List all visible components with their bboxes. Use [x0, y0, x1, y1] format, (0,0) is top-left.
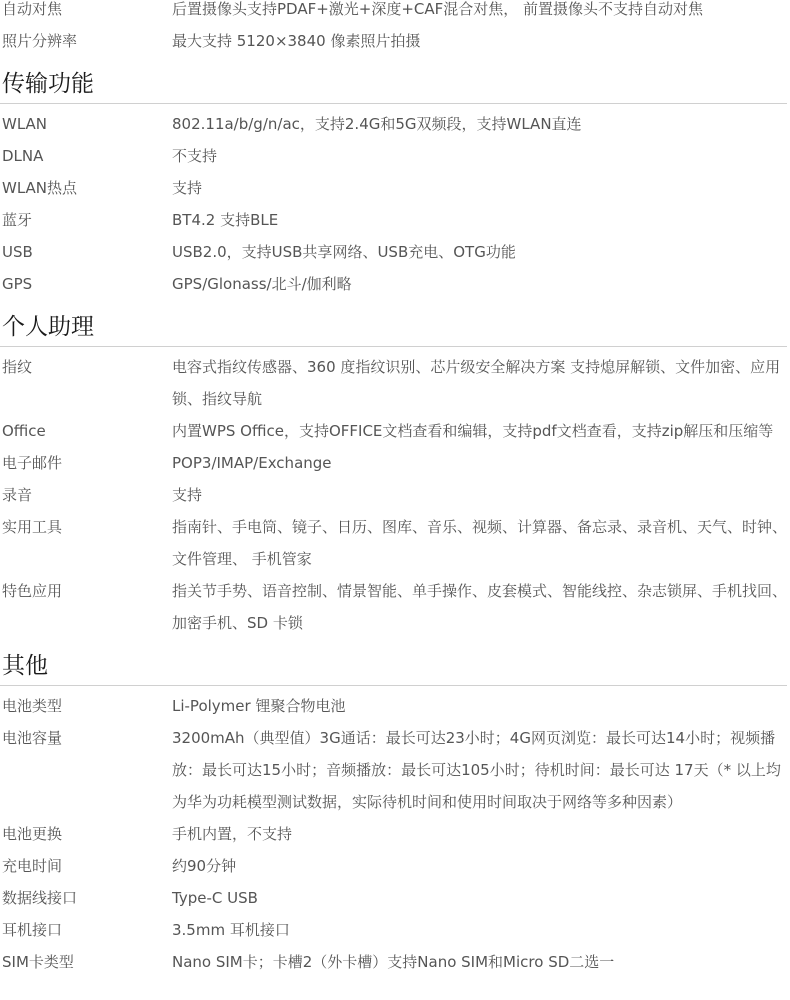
spec-value: 支持 — [172, 172, 790, 204]
spec-value: 指南针、手电筒、镜子、日历、图库、音乐、视频、计算器、备忘录、录音机、天气、时钟… — [172, 511, 790, 575]
spec-row-sim-type: SIM卡类型 Nano SIM卡；卡槽2（外卡槽）支持Nano SIM和Micr… — [0, 946, 790, 978]
spec-value: 支持 — [172, 479, 790, 511]
spec-row-wlan: WLAN 802.11a/b/g/n/ac，支持2.4G和5G双频段，支持WLA… — [0, 108, 790, 140]
spec-label: 电子邮件 — [0, 447, 172, 479]
spec-row-autofocus: 自动对焦 后置摄像头支持PDAF+激光+深度+CAF混合对焦， 前置摄像头不支持… — [0, 0, 790, 25]
spec-value: Type-C USB — [172, 882, 790, 914]
spec-label: 实用工具 — [0, 511, 172, 575]
spec-row-tools: 实用工具 指南针、手电筒、镜子、日历、图库、音乐、视频、计算器、备忘录、录音机、… — [0, 511, 790, 575]
spec-row-dlna: DLNA 不支持 — [0, 140, 790, 172]
spec-label: 照片分辨率 — [0, 25, 172, 57]
spec-row-featured-apps: 特色应用 指关节手势、语音控制、情景智能、单手操作、皮套模式、智能线控、杂志锁屏… — [0, 575, 790, 639]
spec-value: 3200mAh（典型值）3G通话：最长可达23小时；4G网页浏览：最长可达14小… — [172, 722, 790, 818]
spec-row-usb: USB USB2.0，支持USB共享网络、USB充电、OTG功能 — [0, 236, 790, 268]
spec-label: 特色应用 — [0, 575, 172, 639]
spec-value: 内置WPS Office，支持OFFICE文档查看和编辑，支持pdf文档查看，支… — [172, 415, 790, 447]
spec-label: DLNA — [0, 140, 172, 172]
spec-row-hotspot: WLAN热点 支持 — [0, 172, 790, 204]
spec-label: 蓝牙 — [0, 204, 172, 236]
spec-label: 录音 — [0, 479, 172, 511]
section-other: 其他 电池类型 Li-Polymer 锂聚合物电池 电池容量 3200mAh（典… — [0, 639, 790, 978]
spec-value: USB2.0，支持USB共享网络、USB充电、OTG功能 — [172, 236, 790, 268]
spec-row-office: Office 内置WPS Office，支持OFFICE文档查看和编辑，支持pd… — [0, 415, 790, 447]
spec-label: 充电时间 — [0, 850, 172, 882]
spec-value: 手机内置，不支持 — [172, 818, 790, 850]
spec-row-fingerprint: 指纹 电容式指纹传感器、360 度指纹识别、芯片级安全解决方案 支持熄屏解锁、文… — [0, 351, 790, 415]
spec-row-gps: GPS GPS/Glonass/北斗/伽利略 — [0, 268, 790, 300]
spec-label: SIM卡类型 — [0, 946, 172, 978]
spec-label: WLAN热点 — [0, 172, 172, 204]
camera-section-tail: 自动对焦 后置摄像头支持PDAF+激光+深度+CAF混合对焦， 前置摄像头不支持… — [0, 0, 790, 57]
spec-value: 不支持 — [172, 140, 790, 172]
spec-value: GPS/Glonass/北斗/伽利略 — [172, 268, 790, 300]
spec-value: Li-Polymer 锂聚合物电池 — [172, 690, 790, 722]
spec-label: 指纹 — [0, 351, 172, 415]
spec-row-recording: 录音 支持 — [0, 479, 790, 511]
spec-value: BT4.2 支持BLE — [172, 204, 790, 236]
spec-value: 后置摄像头支持PDAF+激光+深度+CAF混合对焦， 前置摄像头不支持自动对焦 — [172, 0, 790, 25]
spec-label: 电池更换 — [0, 818, 172, 850]
spec-row-headphone-jack: 耳机接口 3.5mm 耳机接口 — [0, 914, 790, 946]
section-title: 传输功能 — [0, 57, 787, 104]
spec-label: 电池类型 — [0, 690, 172, 722]
spec-value: POP3/IMAP/Exchange — [172, 447, 790, 479]
spec-row-bluetooth: 蓝牙 BT4.2 支持BLE — [0, 204, 790, 236]
section-title: 个人助理 — [0, 300, 787, 347]
spec-row-email: 电子邮件 POP3/IMAP/Exchange — [0, 447, 790, 479]
spec-value: Nano SIM卡；卡槽2（外卡槽）支持Nano SIM和Micro SD二选一 — [172, 946, 790, 978]
section-connectivity: 传输功能 WLAN 802.11a/b/g/n/ac，支持2.4G和5G双频段，… — [0, 57, 790, 300]
section-title: 其他 — [0, 639, 787, 686]
spec-row-photo-resolution: 照片分辨率 最大支持 5120×3840 像素照片拍摄 — [0, 25, 790, 57]
spec-label: 电池容量 — [0, 722, 172, 818]
spec-label: Office — [0, 415, 172, 447]
spec-value: 3.5mm 耳机接口 — [172, 914, 790, 946]
spec-value: 指关节手势、语音控制、情景智能、单手操作、皮套模式、智能线控、杂志锁屏、手机找回… — [172, 575, 790, 639]
spec-value: 约90分钟 — [172, 850, 790, 882]
section-personal-assistant: 个人助理 指纹 电容式指纹传感器、360 度指纹识别、芯片级安全解决方案 支持熄… — [0, 300, 790, 639]
spec-label: 耳机接口 — [0, 914, 172, 946]
spec-label: USB — [0, 236, 172, 268]
spec-label: 自动对焦 — [0, 0, 172, 25]
spec-value: 电容式指纹传感器、360 度指纹识别、芯片级安全解决方案 支持熄屏解锁、文件加密… — [172, 351, 790, 415]
spec-row-data-port: 数据线接口 Type-C USB — [0, 882, 790, 914]
spec-label: WLAN — [0, 108, 172, 140]
spec-value: 802.11a/b/g/n/ac，支持2.4G和5G双频段，支持WLAN直连 — [172, 108, 790, 140]
spec-row-battery-capacity: 电池容量 3200mAh（典型值）3G通话：最长可达23小时；4G网页浏览：最长… — [0, 722, 790, 818]
spec-value: 最大支持 5120×3840 像素照片拍摄 — [172, 25, 790, 57]
spec-row-charge-time: 充电时间 约90分钟 — [0, 850, 790, 882]
spec-row-battery-type: 电池类型 Li-Polymer 锂聚合物电池 — [0, 690, 790, 722]
spec-label: GPS — [0, 268, 172, 300]
spec-row-battery-replace: 电池更换 手机内置，不支持 — [0, 818, 790, 850]
spec-label: 数据线接口 — [0, 882, 172, 914]
spec-sheet: 自动对焦 后置摄像头支持PDAF+激光+深度+CAF混合对焦， 前置摄像头不支持… — [0, 0, 790, 978]
